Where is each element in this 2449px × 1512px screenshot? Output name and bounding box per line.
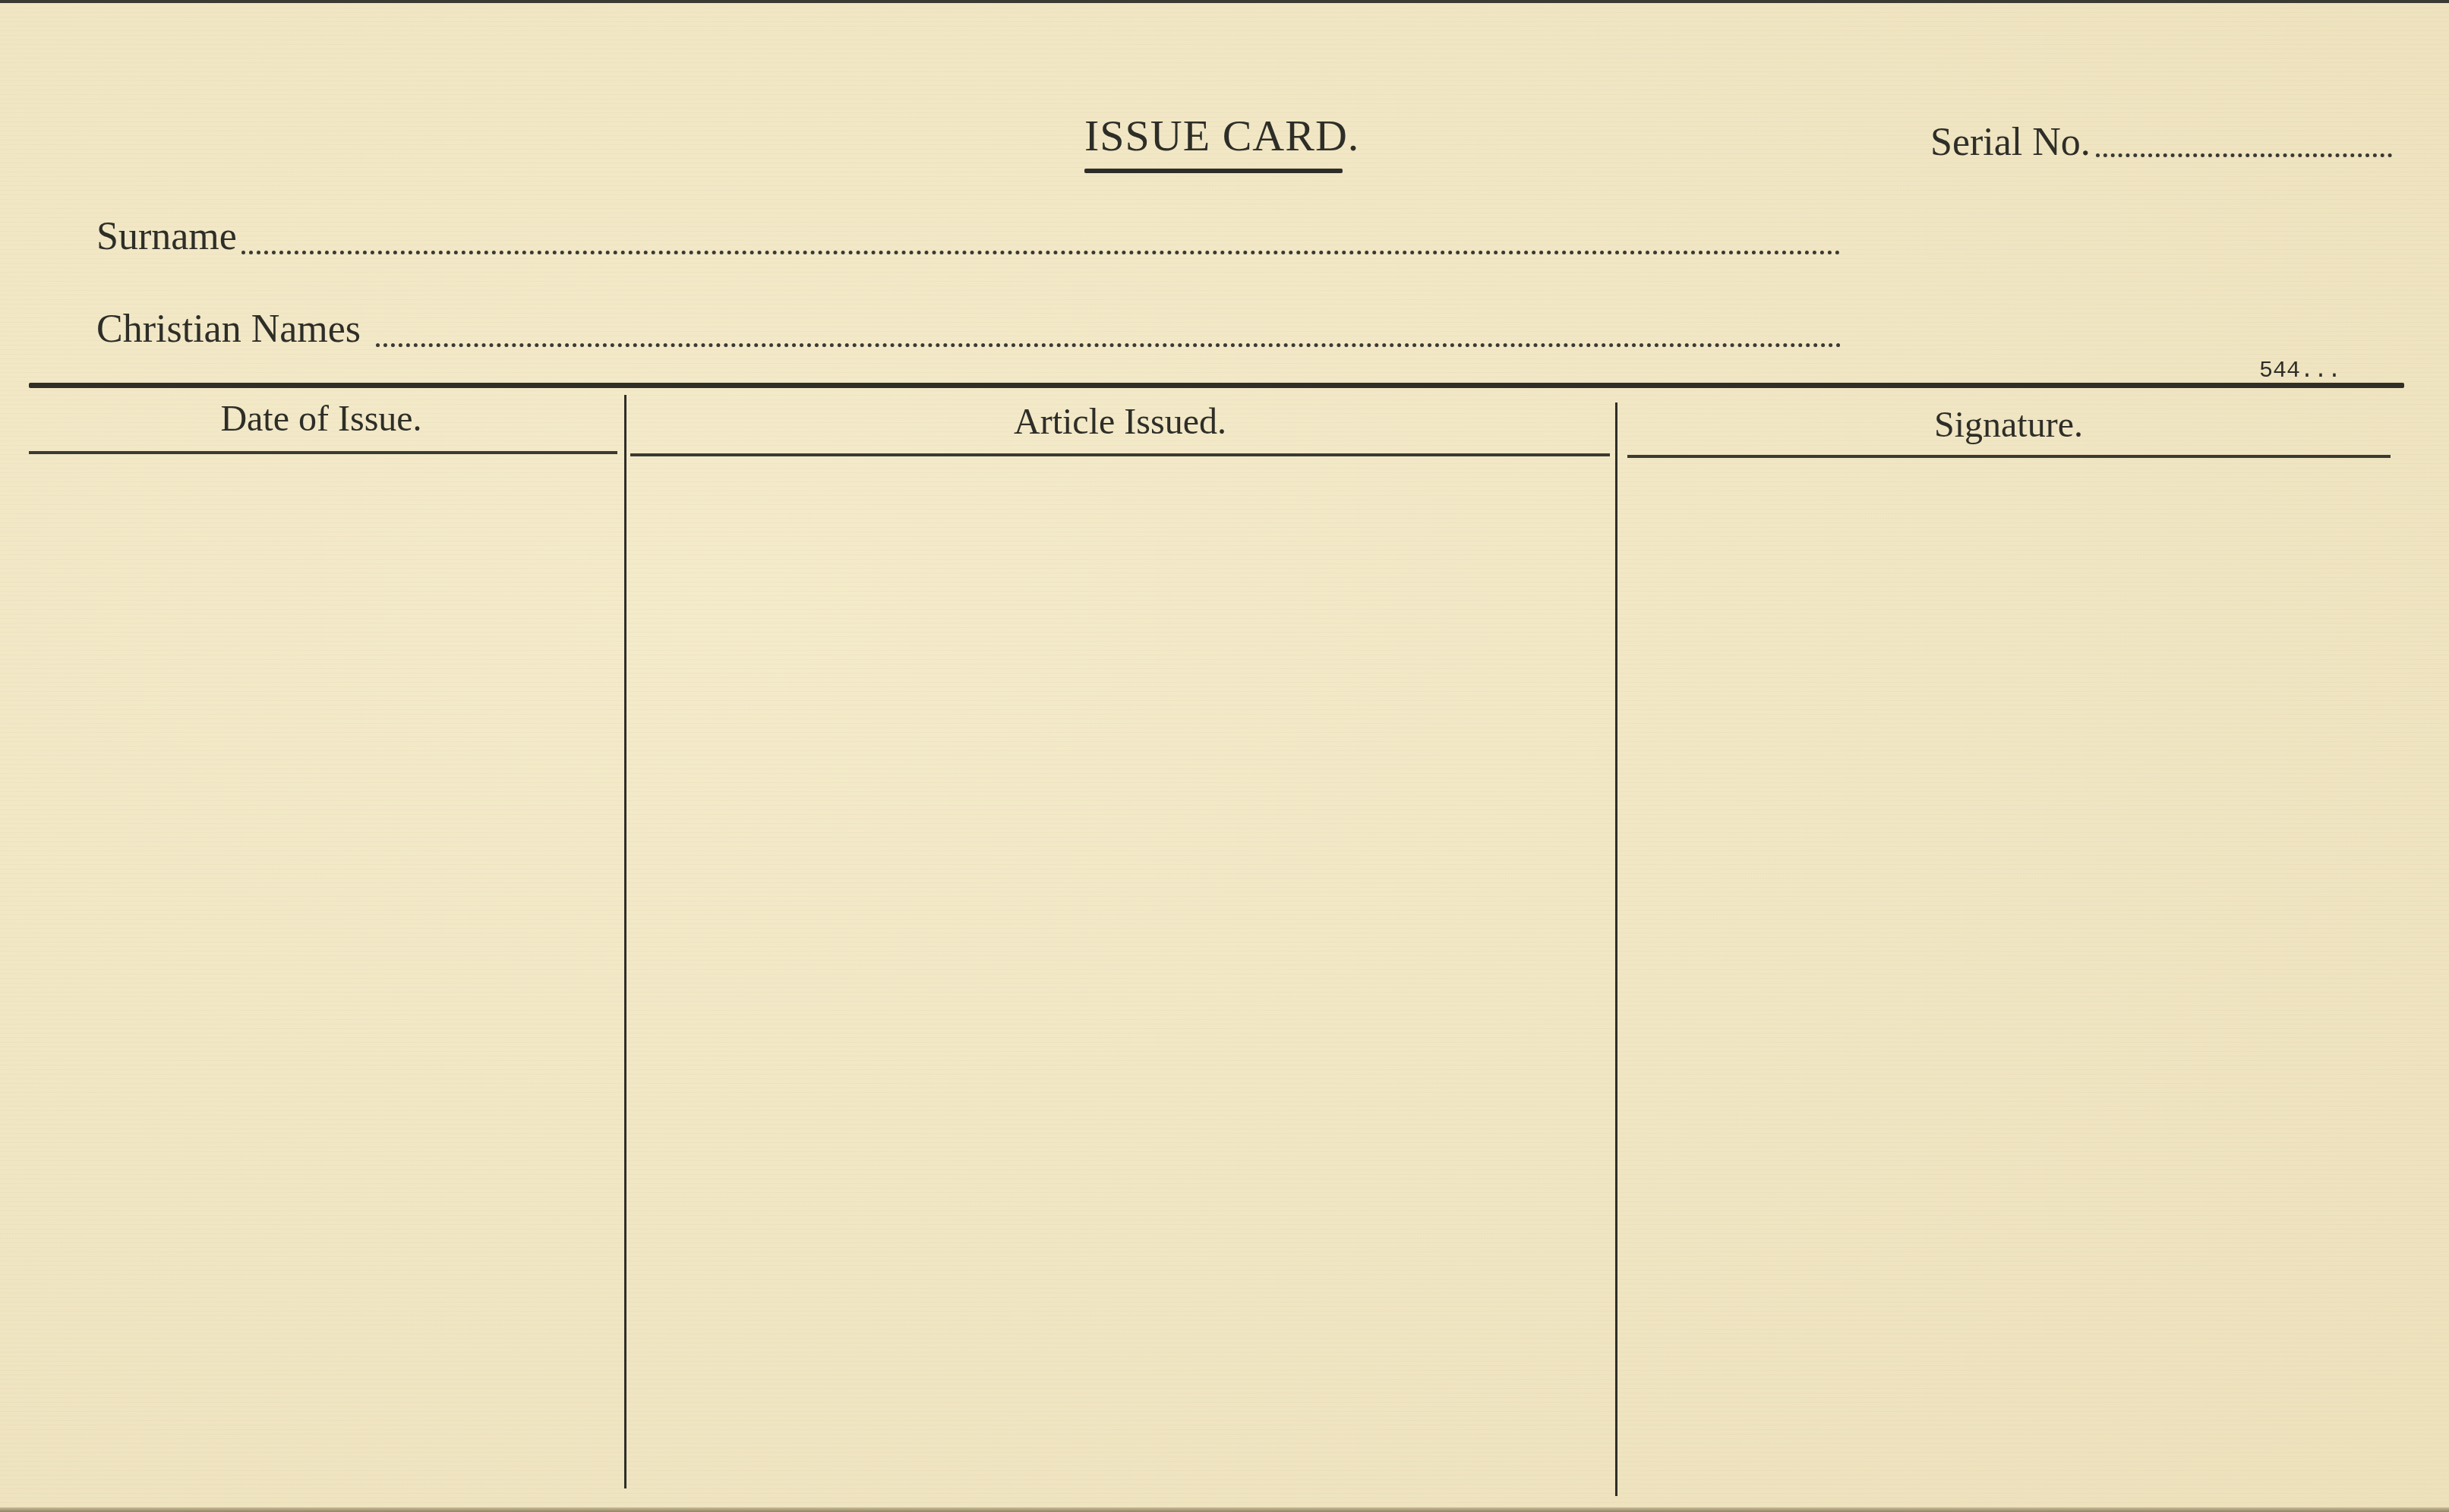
surname-label: Surname bbox=[96, 217, 237, 257]
signature-column-entry-area[interactable] bbox=[1620, 460, 2392, 1493]
card-bottom-edge bbox=[0, 1507, 2449, 1512]
card-top-edge bbox=[0, 0, 2449, 3]
column-header-signature: Signature. bbox=[1625, 407, 2392, 443]
form-code: 544... bbox=[2259, 360, 2341, 383]
serial-number-label: Serial No. bbox=[1930, 123, 2091, 163]
column-divider-1 bbox=[624, 395, 626, 1488]
title-underline bbox=[1084, 169, 1343, 173]
column-header-underline-article bbox=[630, 453, 1610, 456]
date-of-issue-column-entry-area[interactable] bbox=[29, 460, 621, 1485]
christian-names-field[interactable] bbox=[376, 343, 1841, 347]
surname-field[interactable] bbox=[241, 251, 1841, 254]
serial-number-field[interactable] bbox=[2096, 153, 2392, 157]
column-header-underline-signature bbox=[1627, 455, 2391, 458]
card-title: ISSUE CARD. bbox=[1084, 114, 1359, 158]
column-header-date-of-issue: Date of Issue. bbox=[29, 401, 614, 437]
column-header-article-issued: Article Issued. bbox=[630, 404, 1610, 440]
article-issued-column-entry-area[interactable] bbox=[629, 460, 1613, 1489]
header-divider-rule bbox=[29, 383, 2404, 388]
column-divider-2 bbox=[1615, 402, 1617, 1496]
christian-names-label: Christian Names bbox=[96, 310, 361, 349]
column-header-underline-date bbox=[29, 451, 617, 454]
